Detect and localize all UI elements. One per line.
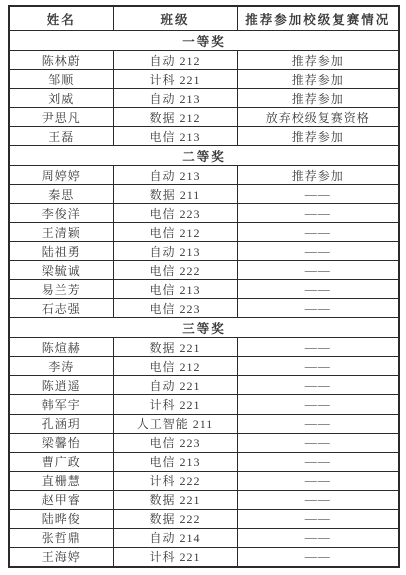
section-header-row: 一等奖 [9, 31, 399, 51]
name-cell: 孔涵玥 [9, 414, 113, 433]
status-cell: 放弃校级复赛资格 [237, 108, 399, 127]
table-body: 一等奖陈林蔚自动 212推荐参加邹顺计科 221推荐参加刘威自动 213推荐参加… [9, 31, 399, 568]
status-cell: 推荐参加 [237, 89, 399, 108]
table-row: 秦思数据 211—— [9, 185, 399, 204]
class-cell: 数据 211 [113, 185, 237, 204]
class-cell: 电信 213 [113, 127, 237, 146]
class-cell: 数据 221 [113, 490, 237, 509]
class-cell: 自动 213 [113, 242, 237, 261]
name-cell: 王清颖 [9, 223, 113, 242]
name-cell: 尹思凡 [9, 108, 113, 127]
name-cell: 石志强 [9, 299, 113, 318]
status-cell: —— [237, 357, 399, 376]
table-row: 邹顺计科 221推荐参加 [9, 70, 399, 89]
class-cell: 电信 223 [113, 204, 237, 223]
column-header-name: 姓名 [9, 6, 113, 31]
class-cell: 数据 221 [113, 338, 237, 357]
status-cell: —— [237, 471, 399, 490]
table-row: 王海婷计科 221—— [9, 547, 399, 567]
name-cell: 李涛 [9, 357, 113, 376]
class-cell: 数据 212 [113, 108, 237, 127]
table-header: 姓名 班级 推荐参加校级复赛情况 [9, 6, 399, 31]
class-cell: 人工智能 211 [113, 414, 237, 433]
table-row: 刘威自动 213推荐参加 [9, 89, 399, 108]
class-cell: 电信 212 [113, 357, 237, 376]
class-cell: 计科 221 [113, 395, 237, 414]
column-header-status: 推荐参加校级复赛情况 [237, 6, 399, 31]
table-row: 陈林蔚自动 212推荐参加 [9, 51, 399, 70]
status-cell: 推荐参加 [237, 127, 399, 146]
status-cell: —— [237, 376, 399, 395]
class-cell: 计科 221 [113, 70, 237, 89]
name-cell: 韩军宇 [9, 395, 113, 414]
status-cell: —— [237, 433, 399, 452]
table-row: 石志强电信 223—— [9, 299, 399, 318]
status-cell: 推荐参加 [237, 166, 399, 185]
name-cell: 梁馨怡 [9, 433, 113, 452]
status-cell: 推荐参加 [237, 70, 399, 89]
status-cell: —— [237, 299, 399, 318]
table-row: 易兰芳电信 213—— [9, 280, 399, 299]
status-cell: —— [237, 547, 399, 567]
class-cell: 自动 221 [113, 376, 237, 395]
status-cell: —— [237, 280, 399, 299]
table-row: 曹广政电信 213—— [9, 452, 399, 471]
name-cell: 秦思 [9, 185, 113, 204]
section-title: 三等奖 [9, 318, 399, 338]
table-row: 陈逍遥自动 221—— [9, 376, 399, 395]
status-cell: —— [237, 509, 399, 528]
class-cell: 电信 222 [113, 261, 237, 280]
header-row: 姓名 班级 推荐参加校级复赛情况 [9, 6, 399, 31]
name-cell: 刘威 [9, 89, 113, 108]
status-cell: —— [237, 395, 399, 414]
status-cell: —— [237, 528, 399, 547]
name-cell: 王磊 [9, 127, 113, 146]
table-row: 李俊洋电信 223—— [9, 204, 399, 223]
name-cell: 陈煊赫 [9, 338, 113, 357]
name-cell: 梁毓诚 [9, 261, 113, 280]
class-cell: 电信 213 [113, 452, 237, 471]
name-cell: 易兰芳 [9, 280, 113, 299]
section-title: 一等奖 [9, 31, 399, 51]
table-row: 韩军宇计科 221—— [9, 395, 399, 414]
table-row: 陈煊赫数据 221—— [9, 338, 399, 357]
name-cell: 陆晔俊 [9, 509, 113, 528]
class-cell: 数据 222 [113, 509, 237, 528]
status-cell: —— [237, 261, 399, 280]
class-cell: 计科 221 [113, 547, 237, 567]
status-cell: —— [237, 490, 399, 509]
class-cell: 自动 214 [113, 528, 237, 547]
table-row: 王清颖电信 212—— [9, 223, 399, 242]
table-row: 梁毓诚电信 222—— [9, 261, 399, 280]
table-row: 孔涵玥人工智能 211—— [9, 414, 399, 433]
status-cell: —— [237, 338, 399, 357]
name-cell: 王海婷 [9, 547, 113, 567]
table-row: 直栅慧计科 222—— [9, 471, 399, 490]
status-cell: —— [237, 185, 399, 204]
name-cell: 李俊洋 [9, 204, 113, 223]
name-cell: 直栅慧 [9, 471, 113, 490]
section-header-row: 二等奖 [9, 146, 399, 166]
status-cell: —— [237, 414, 399, 433]
table-row: 李涛电信 212—— [9, 357, 399, 376]
class-cell: 电信 213 [113, 280, 237, 299]
name-cell: 陈逍遥 [9, 376, 113, 395]
section-header-row: 三等奖 [9, 318, 399, 338]
award-results-table: 姓名 班级 推荐参加校级复赛情况 一等奖陈林蔚自动 212推荐参加邹顺计科 22… [8, 5, 400, 568]
column-header-class: 班级 [113, 6, 237, 31]
status-cell: —— [237, 242, 399, 261]
status-cell: 推荐参加 [237, 51, 399, 70]
table-row: 赵甲睿数据 221—— [9, 490, 399, 509]
document-page: 姓名 班级 推荐参加校级复赛情况 一等奖陈林蔚自动 212推荐参加邹顺计科 22… [0, 0, 406, 575]
name-cell: 陈林蔚 [9, 51, 113, 70]
name-cell: 曹广政 [9, 452, 113, 471]
class-cell: 电信 223 [113, 433, 237, 452]
table-row: 梁馨怡电信 223—— [9, 433, 399, 452]
name-cell: 周婷婷 [9, 166, 113, 185]
table-row: 陆祖勇自动 213—— [9, 242, 399, 261]
status-cell: —— [237, 223, 399, 242]
table-row: 张哲鼎自动 214—— [9, 528, 399, 547]
class-cell: 计科 222 [113, 471, 237, 490]
name-cell: 赵甲睿 [9, 490, 113, 509]
class-cell: 电信 212 [113, 223, 237, 242]
status-cell: —— [237, 204, 399, 223]
table-row: 周婷婷自动 213推荐参加 [9, 166, 399, 185]
name-cell: 陆祖勇 [9, 242, 113, 261]
name-cell: 张哲鼎 [9, 528, 113, 547]
table-row: 尹思凡数据 212放弃校级复赛资格 [9, 108, 399, 127]
table-row: 王磊电信 213推荐参加 [9, 127, 399, 146]
class-cell: 自动 212 [113, 51, 237, 70]
class-cell: 电信 223 [113, 299, 237, 318]
table-row: 陆晔俊数据 222—— [9, 509, 399, 528]
section-title: 二等奖 [9, 146, 399, 166]
class-cell: 自动 213 [113, 89, 237, 108]
status-cell: —— [237, 452, 399, 471]
class-cell: 自动 213 [113, 166, 237, 185]
name-cell: 邹顺 [9, 70, 113, 89]
